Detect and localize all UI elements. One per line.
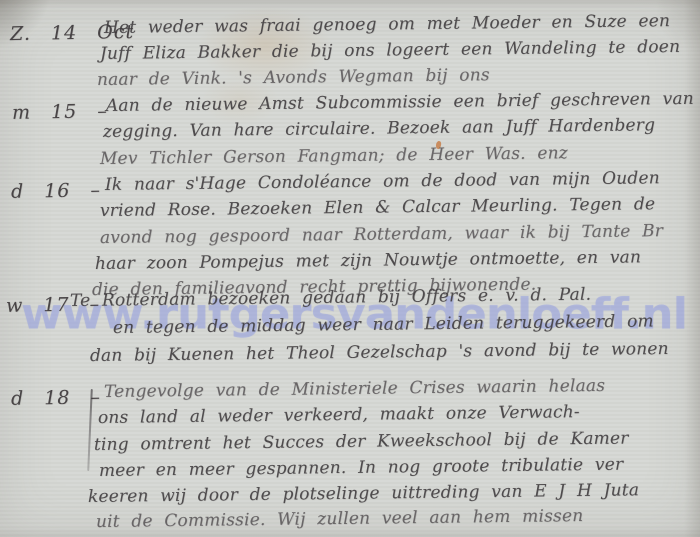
entry-date-15: m 15 –: [12, 102, 108, 123]
diary-line: Het weder was fraai genoeg om met Moeder…: [104, 13, 670, 37]
diary-line: naar de Vink. 's Avonds Wegman bij ons: [97, 67, 490, 89]
diary-page-scan: www.rutgersvandenloeff.nl Z. 14 Oct Het …: [0, 0, 700, 537]
entry-date-18: d 18 –: [11, 388, 101, 409]
diary-line: Aan de nieuwe Amst Subcommissie een brie…: [106, 90, 700, 115]
diary-line: zegging. Van hare circulaire. Bezoek aan…: [103, 117, 655, 141]
entry-date-16: d 16 –: [11, 181, 101, 202]
diary-line: dan bij Kuenen het Theol Gezelschap 's a…: [90, 341, 669, 365]
diary-line: Ik naar s'Hage Condoléance om de dood va…: [105, 170, 660, 194]
diary-line: ons land al weder verkeerd, maakt onze V…: [98, 404, 580, 427]
diary-line: Juff Eliza Bakker die bij ons logeert ee…: [100, 39, 680, 63]
diary-line: keeren wij door de plotselinge uittredin…: [88, 482, 639, 506]
diary-line: ting omtrent het Succes der Kweekschool …: [94, 430, 629, 454]
diary-line: meer en meer gespannen. In nog groote tr…: [99, 457, 624, 480]
diary-line: Tengevolge van de Ministeriele Crises wa…: [104, 378, 605, 401]
diary-line: uit de Commissie. Wij zullen veel aan he…: [96, 508, 584, 531]
diary-line: vriend Rose. Bezoeken Elen & Calcar Meur…: [100, 196, 656, 220]
diary-line: Mev Tichler Gerson Fangman; de Heer Was.…: [100, 145, 568, 168]
diary-line: avond nog gespoord naar Rotterdam, waar …: [100, 223, 663, 247]
diary-line: haar zoon Pompejus met zijn Nouwtje ontm…: [95, 249, 641, 273]
